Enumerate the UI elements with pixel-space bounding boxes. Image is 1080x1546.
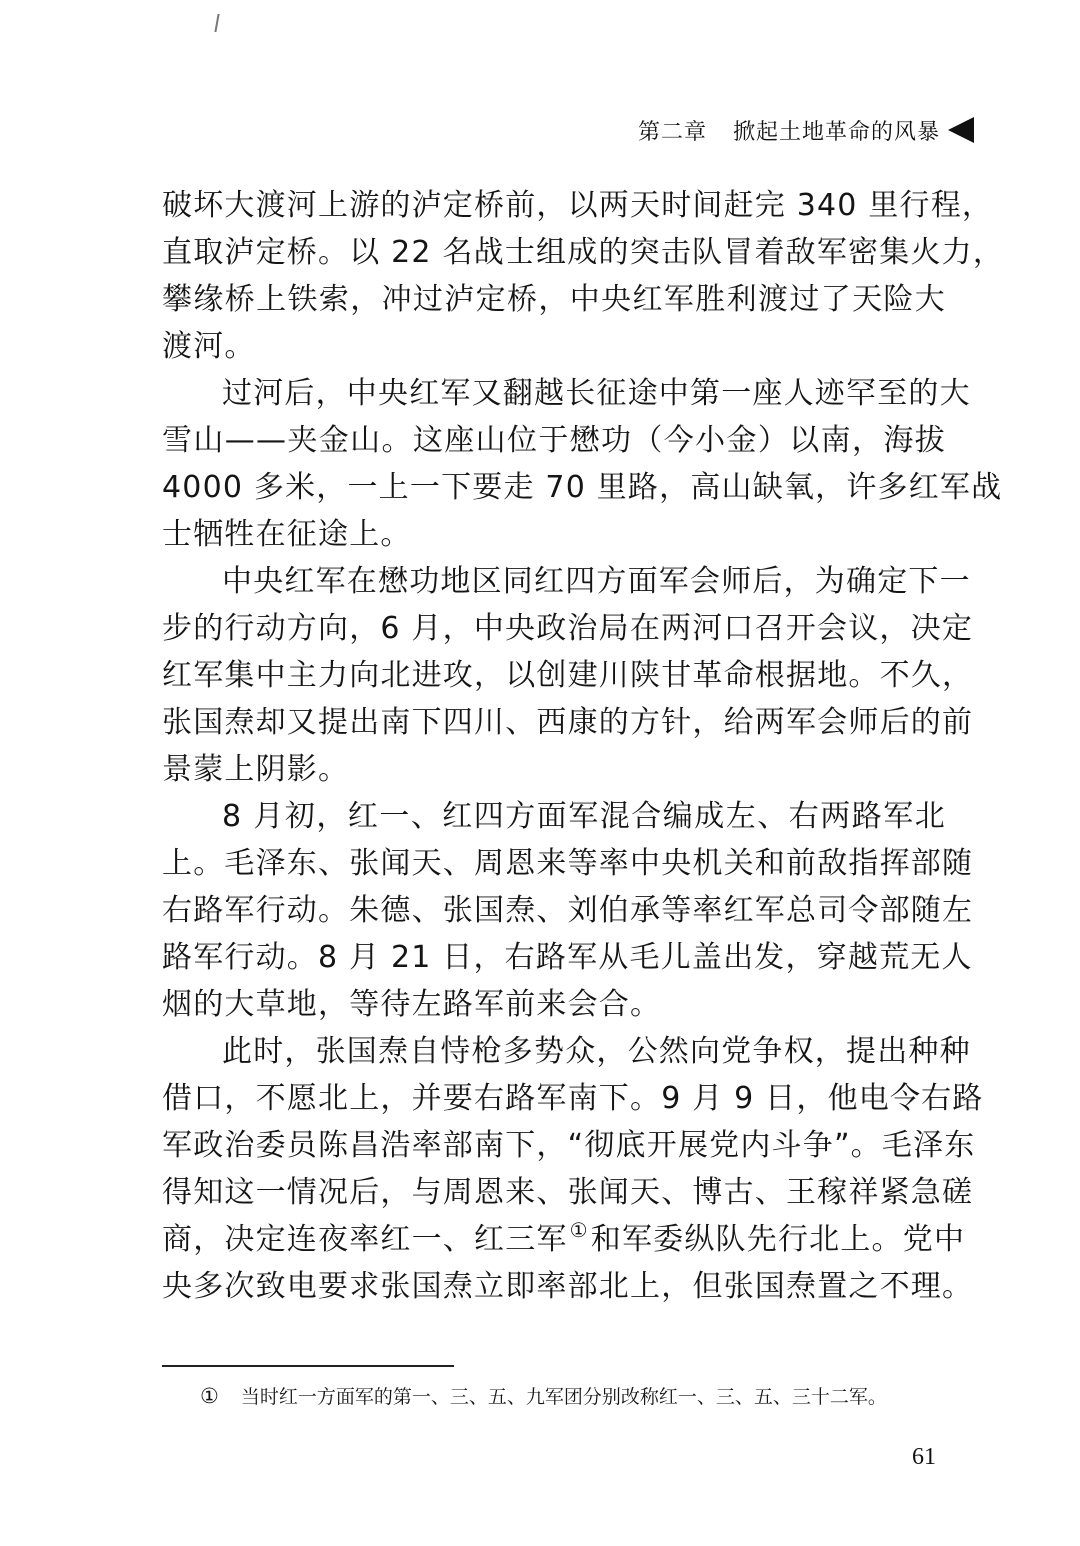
left-triangle-icon — [948, 117, 974, 143]
chapter-number: 第二章 — [638, 115, 707, 146]
text-line: 渡河。 — [162, 323, 952, 370]
paragraph: 8 月初，红一、红四方面军混合编成左、右两路军北 上。毛泽东、张闻天、周恩来等率… — [162, 793, 952, 1028]
page-number: 61 — [912, 1444, 936, 1471]
text-line: 4000 多米，一上一下要走 70 里路，高山缺氧，许多红军战 — [162, 464, 946, 511]
text-line: 过河后，中央红军又翻越长征途中第一座人迹罕至的大 — [162, 370, 946, 417]
text-line: 烟的大草地，等待左路军前来会合。 — [162, 981, 952, 1028]
body-text: 破坏大渡河上游的泸定桥前，以两天时间赶完 340 里行程， 直取泸定桥。以 22… — [162, 182, 952, 1310]
footnote-marker: ① — [200, 1378, 219, 1414]
text-line: 央多次致电要求张国焘立即率部北上，但张国焘置之不理。 — [162, 1263, 952, 1310]
text-line: 中央红军在懋功地区同红四方面军会师后，为确定下一 — [162, 558, 946, 605]
text-line: 右路军行动。朱德、张国焘、刘伯承等率红军总司令部随左 — [162, 887, 946, 934]
paragraph: 中央红军在懋功地区同红四方面军会师后，为确定下一 步的行动方向，6 月，中央政治… — [162, 558, 952, 793]
chapter-title: 掀起土地革命的风暴 — [733, 115, 940, 146]
text-segment: 和军委纵队先行北上。党中 — [591, 1222, 965, 1257]
paragraph: 此时，张国焘自恃枪多势众，公然向党争权，提出种种 借口，不愿北上，并要右路军南下… — [162, 1028, 952, 1310]
text-segment: 商，决定连夜率红一、红三军 — [162, 1222, 568, 1257]
paragraph: 破坏大渡河上游的泸定桥前，以两天时间赶完 340 里行程， 直取泸定桥。以 22… — [162, 182, 952, 370]
text-line: 破坏大渡河上游的泸定桥前，以两天时间赶完 340 里行程， — [162, 182, 946, 229]
text-line: 军政治委员陈昌浩率部南下，“彻底开展党内斗争”。毛泽东 — [162, 1122, 946, 1169]
text-line: 借口，不愿北上，并要右路军南下。9 月 9 日，他电令右路 — [162, 1075, 946, 1122]
text-line: 此时，张国焘自恃枪多势众，公然向党争权，提出种种 — [162, 1028, 946, 1075]
text-line: 上。毛泽东、张闻天、周恩来等率中央机关和前敌指挥部随 — [162, 840, 946, 887]
text-line: 步的行动方向，6 月，中央政治局在两河口召开会议，决定 — [162, 605, 946, 652]
text-line: 景蒙上阴影。 — [162, 746, 952, 793]
text-line: 路军行动。8 月 21 日，右路军从毛儿盖出发，穿越荒无人 — [162, 934, 946, 981]
text-line: 8 月初，红一、红四方面军混合编成左、右两路军北 — [162, 793, 946, 840]
text-line: 张国焘却又提出南下四川、西康的方针，给两军会师后的前 — [162, 699, 946, 746]
text-line: 雪山——夹金山。这座山位于懋功（今小金）以南，海拔 — [162, 417, 946, 464]
text-line-with-footnote-ref: 商，决定连夜率红一、红三军①和军委纵队先行北上。党中 — [162, 1216, 952, 1263]
text-line: 攀缘桥上铁索，冲过泸定桥，中央红军胜利渡过了天险大 — [162, 276, 946, 323]
footnote-divider — [162, 1365, 454, 1367]
footnote-text: 当时红一方面军的第一、三、五、九军团分别改称红一、三、五、三十二军。 — [241, 1386, 887, 1408]
text-line: 士牺牲在征途上。 — [162, 511, 952, 558]
text-line: 直取泸定桥。以 22 名战士组成的突击队冒着敌军密集火力， — [162, 229, 946, 276]
running-head: 第二章 掀起土地革命的风暴 — [600, 112, 980, 148]
text-line: 得知这一情况后，与周恩来、张闻天、博古、王稼祥紧急磋 — [162, 1169, 946, 1216]
text-line: 红军集中主力向北进攻，以创建川陕甘革命根据地。不久， — [162, 652, 946, 699]
footnote: ①当时红一方面军的第一、三、五、九军团分别改称红一、三、五、三十二军。 — [200, 1378, 960, 1414]
scan-artifact-mark — [214, 14, 219, 32]
footnote-reference[interactable]: ① — [570, 1218, 589, 1242]
paragraph: 过河后，中央红军又翻越长征途中第一座人迹罕至的大 雪山——夹金山。这座山位于懋功… — [162, 370, 952, 558]
